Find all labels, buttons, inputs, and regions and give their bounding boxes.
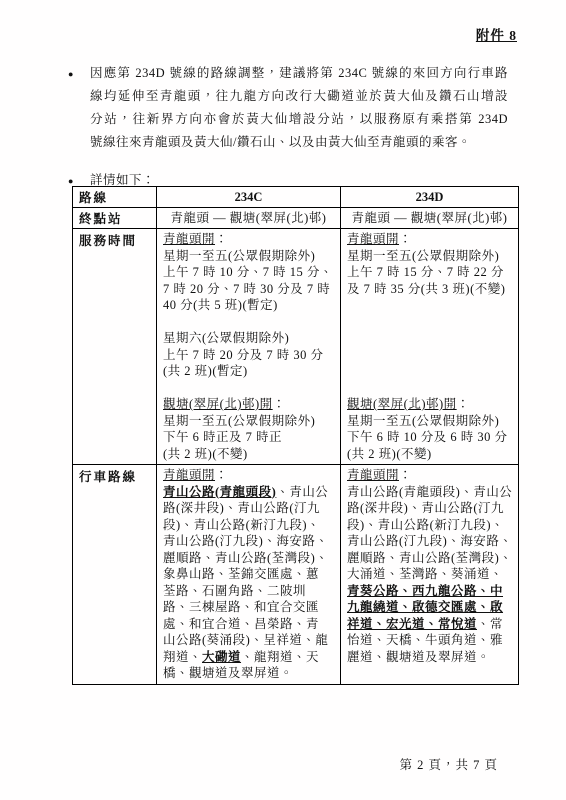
text-line: 青山公路(汀九段)、海安路、 — [163, 533, 336, 550]
text-segment: 路、三棟屋路、和宜合交匯 — [163, 600, 319, 614]
text-line: 青山公路(青龍頭段)、青山公 — [347, 484, 514, 501]
text-segment: ： — [215, 468, 228, 482]
text-line: 段)、青山公路(新汀九段)、 — [347, 517, 514, 534]
text-line: 觀塘(翠屏(北)邨)開： — [163, 396, 336, 413]
routing-row-label: 行車路線 — [73, 465, 157, 685]
text-segment: 山公路(葵涌段)、呈祥道、龍 — [163, 633, 328, 647]
text-line: 青龍頭開： — [347, 231, 514, 248]
text-line — [347, 363, 514, 380]
text-line: 處、和宜合道、昌榮路、青 — [163, 616, 336, 633]
text-line: 星期一至五(公眾假期除外) — [347, 248, 514, 265]
text-line — [347, 330, 514, 347]
service-hours-cell-234d: 青龍頭開：星期一至五(公眾假期除外)上午 7 時 15 分、7 時 22 分及 … — [341, 229, 519, 465]
text-line: 路(深井段)、青山公路(汀九 — [163, 500, 336, 517]
routing-cell-234c: 青龍頭開：青山公路(青龍頭段)、青山公路(深井段)、青山公路(汀九段)、青山公路… — [157, 465, 341, 685]
text-segment: ： — [215, 232, 228, 246]
terminus-row-label: 終點站 — [73, 208, 157, 229]
table-header-row: 路線 234C 234D — [73, 187, 519, 208]
text-line: 麗順路、青山公路(荃灣段)、 — [347, 550, 514, 567]
text-segment: 青龍頭開 — [163, 232, 215, 246]
text-segment: 怡道、天橋、牛頭角道、雅 — [347, 633, 503, 647]
text-line: 觀塘(翠屏(北)邨)開： — [347, 396, 514, 413]
text-segment: (共 2 班)(暫定) — [163, 364, 248, 378]
service-hours-row-label: 服務時間 — [73, 229, 157, 465]
route-comparison-table: 路線 234C 234D 終點站 青龍頭 — 觀塘(翠屏(北)邨) 青龍頭 — … — [72, 186, 519, 685]
text-segment: ： — [399, 468, 412, 482]
text-segment: 及 7 時 35 分(共 3 班)(不變) — [347, 282, 505, 296]
text-segment: 段)、青山公路(新汀九段)、 — [163, 518, 320, 532]
text-segment: 大涌道、荃灣路、葵涌道、 — [347, 567, 503, 581]
text-line: 星期一至五(公眾假期除外) — [163, 413, 336, 430]
text-segment: 星期一至五(公眾假期除外) — [163, 249, 315, 263]
text-line — [347, 314, 514, 331]
terminus-cell-234d: 青龍頭 — 觀塘(翠屏(北)邨) — [341, 208, 519, 229]
text-line: 青葵公路、西九龍公路、中 — [347, 583, 514, 600]
text-segment: 下午 6 時 10 分及 6 時 30 分 — [347, 430, 508, 444]
text-line: 路(深井段)、青山公路(汀九 — [347, 500, 514, 517]
column-header-234d: 234D — [341, 187, 519, 208]
text-segment: 路(深井段)、青山公路(汀九 — [347, 501, 504, 515]
text-line: 橋、觀塘道及翠屏道。 — [163, 665, 336, 682]
service-hours-cell-234c: 青龍頭開：星期一至五(公眾假期除外)上午 7 時 10 分、7 時 15 分、7… — [157, 229, 341, 465]
text-line: 祥道、宏光道、常悅道、常 — [347, 616, 514, 633]
text-segment: 、青山公 — [276, 485, 328, 499]
text-segment: 處、和宜合道、昌榮路、青 — [163, 617, 319, 631]
bullet-icon: ● — [68, 62, 90, 154]
text-segment: 九龍繞道、啟德交匯處、啟 — [347, 600, 503, 614]
terminus-cell-234c: 青龍頭 — 觀塘(翠屏(北)邨) — [157, 208, 341, 229]
text-segment: 祥道、宏光道、常悅道 — [347, 617, 477, 631]
text-line: 分站，往新界方向亦會於黃大仙增設分站，以服務原有乘搭第 234D — [90, 108, 508, 131]
page-number: 第 2 頁，共 7 頁 — [399, 755, 498, 773]
text-line: 星期一至五(公眾假期除外) — [347, 413, 514, 430]
text-segment: 翔道、 — [163, 650, 202, 664]
text-line: 及 7 時 35 分(共 3 班)(不變) — [347, 281, 514, 298]
text-line: 麗順路、青山公路(荃灣段)、 — [163, 550, 336, 567]
text-line: 大涌道、荃灣路、葵涌道、 — [347, 566, 514, 583]
text-line: 象鼻山路、荃錦交匯處、蕙 — [163, 566, 336, 583]
text-segment: ： — [399, 232, 412, 246]
text-line — [347, 347, 514, 364]
text-segment: 青龍頭開 — [347, 232, 399, 246]
text-line: 上午 7 時 15 分、7 時 22 分 — [347, 264, 514, 281]
text-segment: 青山公路(青龍頭段)、青山公 — [347, 485, 512, 499]
text-line: 號線往來青龍頭及黃大仙/鑽石山、以及由黃大仙至青龍頭的乘客。 — [90, 131, 508, 154]
text-line: 7 時 20 分、7 時 30 分及 7 時 — [163, 281, 336, 298]
text-line — [163, 314, 336, 331]
text-segment: 青山公路(青龍頭段) — [163, 485, 276, 499]
text-segment: ： — [457, 397, 470, 411]
text-line: 青山公路(汀九段)、海安路、 — [347, 533, 514, 550]
text-segment: 星期一至五(公眾假期除外) — [163, 414, 315, 428]
service-hours-row: 服務時間 青龍頭開：星期一至五(公眾假期除外)上午 7 時 10 分、7 時 1… — [73, 229, 519, 465]
text-segment: 40 分(共 5 班)(暫定) — [163, 298, 278, 312]
text-segment: 路(深井段)、青山公路(汀九 — [163, 501, 320, 515]
text-line: 星期六(公眾假期除外) — [163, 330, 336, 347]
text-line: 下午 6 時 10 分及 6 時 30 分 — [347, 429, 514, 446]
text-segment: 麗順路、青山公路(荃灣段)、 — [347, 551, 512, 565]
routing-cell-234d: 青龍頭開：青山公路(青龍頭段)、青山公路(深井段)、青山公路(汀九段)、青山公路… — [341, 465, 519, 685]
annex-label: 附件 8 — [476, 24, 517, 44]
text-segment: 青山公路(汀九段)、海安路、 — [163, 534, 328, 548]
text-segment: 段)、青山公路(新汀九段)、 — [347, 518, 504, 532]
text-line: 怡道、天橋、牛頭角道、雅 — [347, 632, 514, 649]
text-line: 段)、青山公路(新汀九段)、 — [163, 517, 336, 534]
text-line: 青龍頭開： — [163, 467, 336, 484]
text-line: 荃路、石圍角路、二陂圳 — [163, 583, 336, 600]
text-line: 下午 6 時正及 7 時正 — [163, 429, 336, 446]
text-line: 上午 7 時 10 分、7 時 15 分、 — [163, 264, 336, 281]
text-line: 九龍繞道、啟德交匯處、啟 — [347, 599, 514, 616]
text-line: (共 2 班)(不變) — [347, 446, 514, 463]
text-line: 青山公路(青龍頭段)、青山公 — [163, 484, 336, 501]
text-segment: 荃路、石圍角路、二陂圳 — [163, 584, 306, 598]
text-segment: 觀塘(翠屏(北)邨)開 — [347, 397, 457, 411]
text-line: 麗道、觀塘道及翠屏道。 — [347, 649, 514, 666]
text-segment: 觀塘(翠屏(北)邨)開 — [163, 397, 273, 411]
text-segment: 青龍頭開 — [347, 468, 399, 482]
text-segment: (共 2 班)(不變) — [347, 447, 432, 461]
text-segment: (共 2 班)(不變) — [163, 447, 248, 461]
column-header-234c: 234C — [157, 187, 341, 208]
text-segment: 象鼻山路、荃錦交匯處、蕙 — [163, 567, 319, 581]
text-segment: 上午 7 時 10 分、7 時 15 分、 — [163, 265, 333, 279]
text-segment: 下午 6 時正及 7 時正 — [163, 430, 282, 444]
text-line: 星期一至五(公眾假期除外) — [163, 248, 336, 265]
document-page: 附件 8 ● 因應第 234D 號線的路線調整，建議將第 234C 號線的來回方… — [0, 0, 566, 800]
text-segment: 上午 7 時 20 分及 7 時 30 分 — [163, 348, 324, 362]
text-line: (共 2 班)(暫定) — [163, 363, 336, 380]
text-segment: 大磡道 — [202, 650, 241, 664]
text-segment: 星期六(公眾假期除外) — [163, 331, 289, 345]
text-line: 上午 7 時 20 分及 7 時 30 分 — [163, 347, 336, 364]
bullet-item-proposal: ● 因應第 234D 號線的路線調整，建議將第 234C 號線的來回方向行車路線… — [68, 62, 508, 154]
text-segment: 星期一至五(公眾假期除外) — [347, 249, 499, 263]
text-line — [347, 297, 514, 314]
text-line — [163, 380, 336, 397]
proposal-paragraph: 因應第 234D 號線的路線調整，建議將第 234C 號線的來回方向行車路線均延… — [90, 62, 508, 154]
text-segment: 上午 7 時 15 分、7 時 22 分 — [347, 265, 504, 279]
text-segment: 星期一至五(公眾假期除外) — [347, 414, 499, 428]
text-line: 青龍頭開： — [347, 467, 514, 484]
text-segment: 麗順路、青山公路(荃灣段)、 — [163, 551, 328, 565]
text-line: 因應第 234D 號線的路線調整，建議將第 234C 號線的來回方向行車路 — [90, 62, 508, 85]
text-line: 線均延伸至青龍頭，往九龍方向改行大磡道並於黃大仙及鑽石山增設 — [90, 85, 508, 108]
text-line — [347, 380, 514, 397]
text-line: 翔道、大磡道、龍翔道、天 — [163, 649, 336, 666]
text-segment: 青山公路(汀九段)、海安路、 — [347, 534, 512, 548]
text-line: 40 分(共 5 班)(暫定) — [163, 297, 336, 314]
text-line: 青龍頭開： — [163, 231, 336, 248]
text-segment: 、龍翔道、天 — [241, 650, 319, 664]
text-segment: 7 時 20 分、7 時 30 分及 7 時 — [163, 282, 330, 296]
text-line: (共 2 班)(不變) — [163, 446, 336, 463]
text-segment: ： — [273, 397, 286, 411]
text-segment: 麗道、觀塘道及翠屏道。 — [347, 650, 490, 664]
text-line: 路、三棟屋路、和宜合交匯 — [163, 599, 336, 616]
text-line: 山公路(葵涌段)、呈祥道、龍 — [163, 632, 336, 649]
text-segment: 橋、觀塘道及翠屏道。 — [163, 666, 293, 680]
text-segment: 、常 — [477, 617, 503, 631]
routing-row: 行車路線 青龍頭開：青山公路(青龍頭段)、青山公路(深井段)、青山公路(汀九段)… — [73, 465, 519, 685]
text-segment: 青葵公路、西九龍公路、中 — [347, 584, 503, 598]
terminus-row: 終點站 青龍頭 — 觀塘(翠屏(北)邨) 青龍頭 — 觀塘(翠屏(北)邨) — [73, 208, 519, 229]
route-header-label: 路線 — [73, 187, 157, 208]
text-segment: 青龍頭開 — [163, 468, 215, 482]
